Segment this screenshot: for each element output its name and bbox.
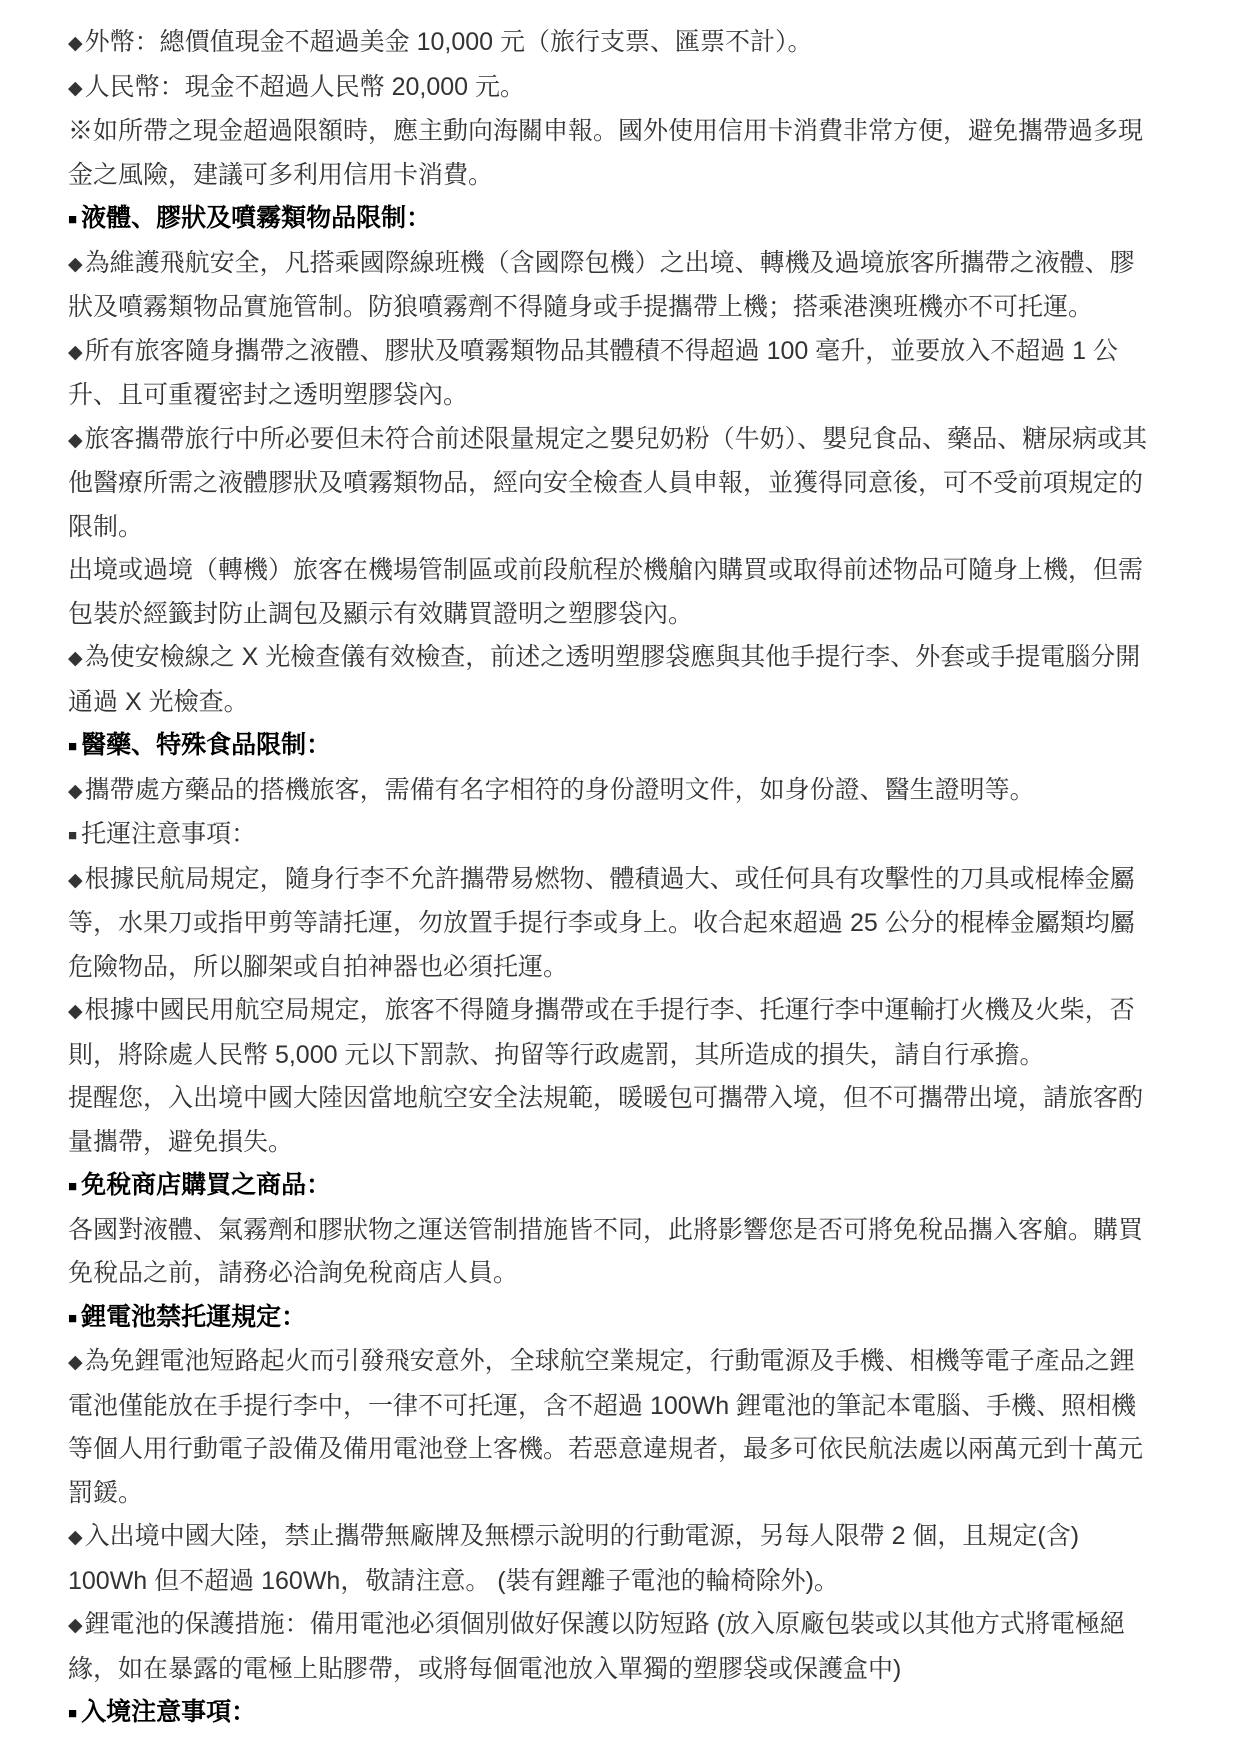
bullet-paragraph: ◆攜帶處方藥品的搭機旅客，需備有名字相符的身份證明文件，如身份證、醫生證明等。 <box>68 769 1148 814</box>
diamond-bullet-icon: ◆ <box>68 342 83 363</box>
diamond-bullet-icon: ◆ <box>68 870 83 891</box>
square-section-icon: ■ <box>68 1310 77 1327</box>
text-paragraph: 提醒您，入出境中國大陸因當地航空安全法規範，暖暖包可攜帶入境，但不可攜帶出境，請… <box>68 1077 1148 1164</box>
paragraph-text: 出境或過境（轉機）旅客在機場管制區或前段航程於機艙內購買或取得前述物品可隨身上機… <box>68 556 1143 628</box>
diamond-bullet-icon: ◆ <box>68 1527 83 1548</box>
bullet-paragraph: ◆旅客攜帶旅行中所必要但未符合前述限量規定之嬰兒奶粉（牛奶）、嬰兒食品、藥品、糖… <box>68 418 1148 550</box>
paragraph-text: 入出境中國大陸，禁止攜帶無廠牌及無標示說明的行動電源，另每人限帶 2 個，且規定… <box>68 1522 1079 1595</box>
text-paragraph: 各國對液體、氣霧劑和膠狀物之運送管制措施皆不同，此將影響您是否可將免稅品攜入客艙… <box>68 1209 1148 1296</box>
paragraph-text: 如所帶之現金超過限額時，應主動向海關申報。國外使用信用卡消費非常方便，避免攜帶過… <box>68 117 1143 189</box>
square-section-icon: ■ <box>68 738 77 755</box>
bullet-paragraph: ◆所有旅客隨身攜帶之液體、膠狀及噴霧類物品其體積不得超過 100 毫升，並要放入… <box>68 330 1148 418</box>
text-paragraph: 出境或過境（轉機）旅客在機場管制區或前段航程於機艙內購買或取得前述物品可隨身上機… <box>68 549 1148 636</box>
diamond-bullet-icon: ◆ <box>68 781 83 802</box>
paragraph-text: 旅客攜帶旅行中所必要但未符合前述限量規定之嬰兒奶粉（牛奶）、嬰兒食品、藥品、糖尿… <box>68 425 1147 541</box>
square-section-icon: ■ <box>68 211 77 228</box>
square-section-icon: ■ <box>68 1705 77 1722</box>
diamond-bullet-icon: ◆ <box>68 430 83 451</box>
bullet-paragraph: ◆外幣：總價值現金不超過美金 10,000 元（旅行支票、匯票不計）。 <box>68 21 1148 66</box>
section-header: ■液體、膠狀及噴霧類物品限制： <box>68 197 1148 242</box>
travel-advisory-document: ◆外幣：總價值現金不超過美金 10,000 元（旅行支票、匯票不計）。◆人民幣：… <box>0 0 1241 1736</box>
paragraph-text: 免稅商店購買之商品： <box>81 1171 331 1199</box>
section-header: ■鋰電池禁托運規定： <box>68 1296 1148 1341</box>
section-header: ■免稅商店購買之商品： <box>68 1164 1148 1209</box>
bullet-paragraph: ◆入出境中國大陸，禁止攜帶無廠牌及無標示說明的行動電源，另每人限帶 2 個，且規… <box>68 1515 1148 1603</box>
paragraph-text: 為使安檢線之 X 光檢查儀有效檢查，前述之透明塑膠袋應與其他手提行李、外套或手提… <box>68 643 1140 716</box>
diamond-bullet-icon: ◆ <box>68 1615 83 1636</box>
section-header: ■醫藥、特殊食品限制： <box>68 724 1148 769</box>
paragraph-text: 入境注意事項： <box>81 1698 256 1726</box>
paragraph-text: 鋰電池的保護措施：備用電池必須個別做好保護以防短路 (放入原廠包裝或以其他方式將… <box>68 1610 1125 1683</box>
paragraph-text: 為維護飛航安全，凡搭乘國際線班機（含國際包機）之出境、轉機及過境旅客所攜帶之液體… <box>68 249 1135 322</box>
diamond-bullet-icon: ◆ <box>68 1001 83 1022</box>
section-header: ■入境注意事項： <box>68 1691 1148 1736</box>
square-section-icon: ■ <box>68 1178 77 1195</box>
diamond-bullet-icon: ◆ <box>68 254 83 275</box>
bullet-paragraph: ◆根據民航局規定，隨身行李不允許攜帶易燃物、體積過大、或任何具有攻擊性的刀具或棍… <box>68 858 1148 990</box>
paragraph-text: 所有旅客隨身攜帶之液體、膠狀及噴霧類物品其體積不得超過 100 毫升，並要放入不… <box>68 337 1118 410</box>
paragraph-text: 根據中國民用航空局規定，旅客不得隨身攜帶或在手提行李、托運行李中運輸打火機及火柴… <box>68 996 1135 1069</box>
bullet-paragraph: ◆鋰電池的保護措施：備用電池必須個別做好保護以防短路 (放入原廠包裝或以其他方式… <box>68 1603 1148 1691</box>
paragraph-text: 鋰電池禁托運規定： <box>81 1303 306 1331</box>
section-header: ■托運注意事項： <box>68 813 1148 858</box>
reference-mark-icon: ※ <box>68 117 93 145</box>
bullet-paragraph: ◆人民幣：現金不超過人民幣 20,000 元。 <box>68 66 1148 111</box>
paragraph-text: 攜帶處方藥品的搭機旅客，需備有名字相符的身份證明文件，如身份證、醫生證明等。 <box>85 776 1035 804</box>
bullet-paragraph: ◆根據中國民用航空局規定，旅客不得隨身攜帶或在手提行李、托運行李中運輸打火機及火… <box>68 989 1148 1077</box>
bullet-paragraph: ◆為維護飛航安全，凡搭乘國際線班機（含國際包機）之出境、轉機及過境旅客所攜帶之液… <box>68 242 1148 330</box>
diamond-bullet-icon: ◆ <box>68 33 83 54</box>
bullet-paragraph: ◆為使安檢線之 X 光檢查儀有效檢查，前述之透明塑膠袋應與其他手提行李、外套或手… <box>68 636 1148 724</box>
paragraph-text: 各國對液體、氣霧劑和膠狀物之運送管制措施皆不同，此將影響您是否可將免稅品攜入客艙… <box>68 1216 1143 1288</box>
paragraph-text: 醫藥、特殊食品限制： <box>81 731 331 759</box>
square-section-icon: ■ <box>68 827 77 844</box>
paragraph-list: ◆外幣：總價值現金不超過美金 10,000 元（旅行支票、匯票不計）。◆人民幣：… <box>68 21 1148 1736</box>
paragraph-text: 人民幣：現金不超過人民幣 20,000 元。 <box>85 73 525 101</box>
paragraph-text: 液體、膠狀及噴霧類物品限制： <box>81 204 431 232</box>
paragraph-text: 提醒您，入出境中國大陸因當地航空安全法規範，暖暖包可攜帶入境，但不可攜帶出境，請… <box>68 1084 1143 1156</box>
diamond-bullet-icon: ◆ <box>68 78 83 99</box>
bullet-paragraph: ◆為免鋰電池短路起火而引發飛安意外，全球航空業規定，行動電源及手機、相機等電子產… <box>68 1340 1148 1515</box>
paragraph-text: 為免鋰電池短路起火而引發飛安意外，全球航空業規定，行動電源及手機、相機等電子產品… <box>68 1347 1143 1507</box>
note-paragraph: ※如所帶之現金超過限額時，應主動向海關申報。國外使用信用卡消費非常方便，避免攜帶… <box>68 110 1148 197</box>
paragraph-text: 外幣：總價值現金不超過美金 10,000 元（旅行支票、匯票不計）。 <box>85 28 813 56</box>
diamond-bullet-icon: ◆ <box>68 648 83 669</box>
paragraph-text: 根據民航局規定，隨身行李不允許攜帶易燃物、體積過大、或任何具有攻擊性的刀具或棍棒… <box>68 865 1135 981</box>
paragraph-text: 托運注意事項： <box>81 820 256 848</box>
diamond-bullet-icon: ◆ <box>68 1352 83 1373</box>
